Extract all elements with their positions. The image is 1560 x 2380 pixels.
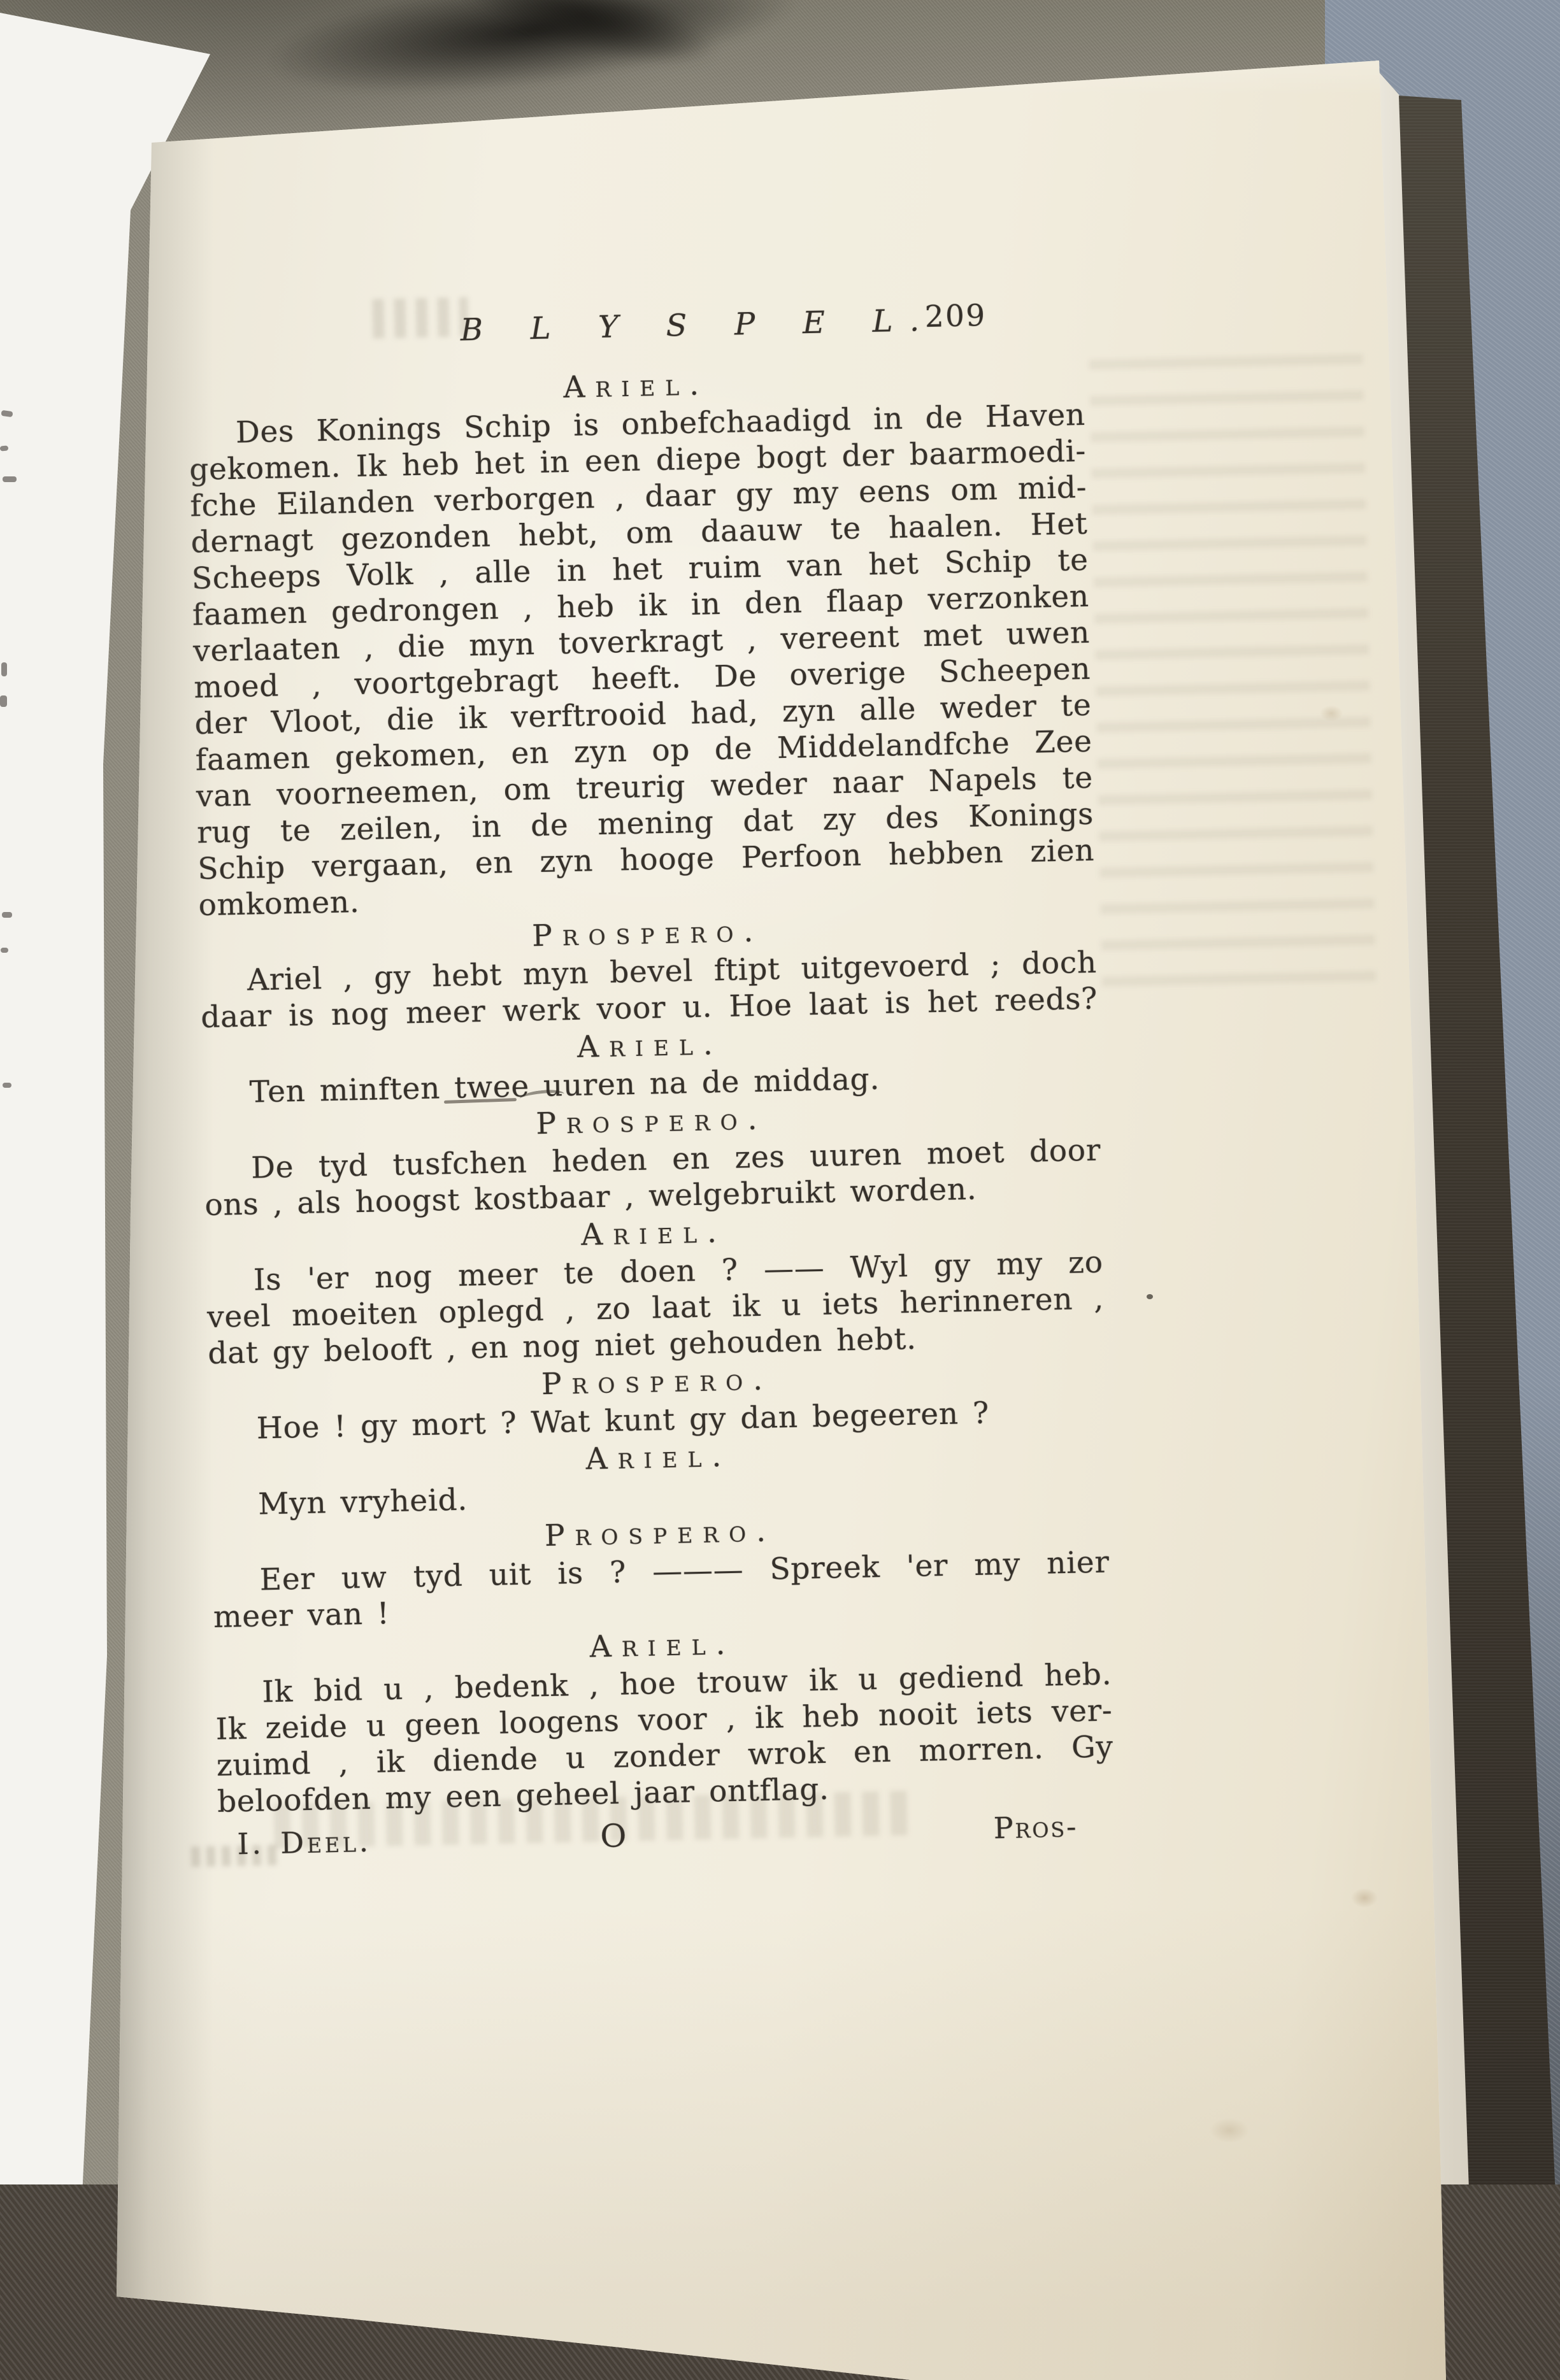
book-photo-scene: B L Y S P E L. 209 Ariel. Des Konings Sc…	[0, 0, 1560, 2380]
facing-page-text-fragment	[1, 662, 7, 676]
printed-text-block: B L Y S P E L. 209 Ariel. Des Konings Sc…	[186, 299, 1115, 1865]
speech-prospero-1: Prospero. Ariel , gy hebt myn bevel ftip…	[199, 907, 1098, 1036]
speech-prospero-2: Prospero. De tyd tusfchen heden en zes u…	[203, 1095, 1101, 1223]
speech-prospero-4: Prospero. Eer uw tyd uit is ? ——— Spreek…	[211, 1507, 1110, 1635]
signature-mark: O	[600, 1818, 627, 1855]
show-through-smudge	[1089, 354, 1376, 1003]
ink-speck	[1147, 1294, 1153, 1299]
facing-page-text-fragment	[3, 1083, 11, 1088]
facing-page-text-fragment	[0, 695, 7, 707]
book-page: B L Y S P E L. 209 Ariel. Des Konings Sc…	[0, 0, 1560, 2380]
running-head: B L Y S P E L.	[460, 303, 936, 349]
speech-ariel-3: Ariel. Is 'er nog meer te doen ? —— Wyl …	[205, 1207, 1105, 1372]
page-number: 209	[924, 297, 987, 335]
volume-label: I. Deel.	[237, 1823, 371, 1862]
speech-ariel-5: Ariel. Ik bid u , bedenk , hoe trouw ik …	[214, 1619, 1115, 1820]
catchword: Pros-	[993, 1809, 1078, 1847]
facing-page-text-fragment	[1, 948, 8, 953]
page-header: B L Y S P E L. 209	[186, 299, 1084, 356]
speech-ariel-1: Ariel. Des Konings Schip is onbefchaadig…	[187, 359, 1096, 923]
facing-page-text-fragment	[2, 912, 12, 918]
facing-page-text-fragment	[3, 476, 17, 482]
